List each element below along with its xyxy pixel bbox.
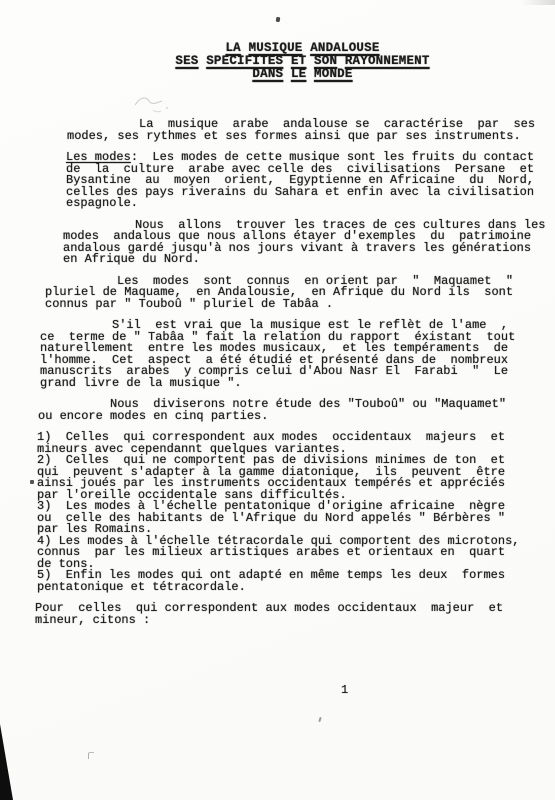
scan-speck-left bbox=[30, 480, 34, 484]
scan-tick-mark bbox=[318, 717, 321, 722]
list-item-3: 3) Les modes à l'échelle pentatonique d'… bbox=[37, 501, 555, 536]
paragraph-traces: Nous allons trouver les traces de ces cu… bbox=[63, 220, 555, 266]
les-modes-text: : Les modes de cette musique sont les fr… bbox=[66, 150, 534, 210]
page-number: 1 bbox=[341, 684, 348, 696]
list-item-5: 5) Enfin les modes qui ont adapté en mêm… bbox=[37, 570, 555, 593]
list-item-4: 4) Les modes à l'échelle tétracordale qu… bbox=[37, 536, 555, 571]
paragraph-maquamet: Les modes sont connus en orient par " Ma… bbox=[45, 276, 555, 311]
title-line-3: DANS LE MONDE bbox=[25, 68, 555, 81]
scan-artifact-wedge bbox=[0, 724, 13, 800]
scanned-document-page: LA MUSIQUE ANDALOUSE SES SPECIFITES ET S… bbox=[0, 0, 555, 800]
scan-smudge-top-right bbox=[521, 0, 555, 5]
list-item-1: 1) Celles qui correspondent aux modes oc… bbox=[37, 432, 555, 455]
paragraph-intro: La musique arabe andalouse se caractéris… bbox=[67, 119, 555, 142]
pencil-mark bbox=[131, 92, 175, 118]
document-title: LA MUSIQUE ANDALOUSE SES SPECIFITES ET S… bbox=[25, 42, 555, 81]
paragraph-tabaa: S'il est vrai que la musique est le refl… bbox=[40, 320, 555, 389]
scan-faint-mark bbox=[88, 752, 94, 759]
scan-speck-top bbox=[276, 17, 281, 23]
paragraph-division: Nous diviserons notre étude des "Touboû"… bbox=[38, 399, 555, 422]
list-item-2: 2) Celles qui ne comportent pas de divis… bbox=[37, 455, 555, 501]
paragraph-les-modes: Les modes: Les modes de cette musique so… bbox=[66, 152, 555, 210]
paragraph-closing: Pour celles qui correspondent aux modes … bbox=[35, 603, 555, 626]
